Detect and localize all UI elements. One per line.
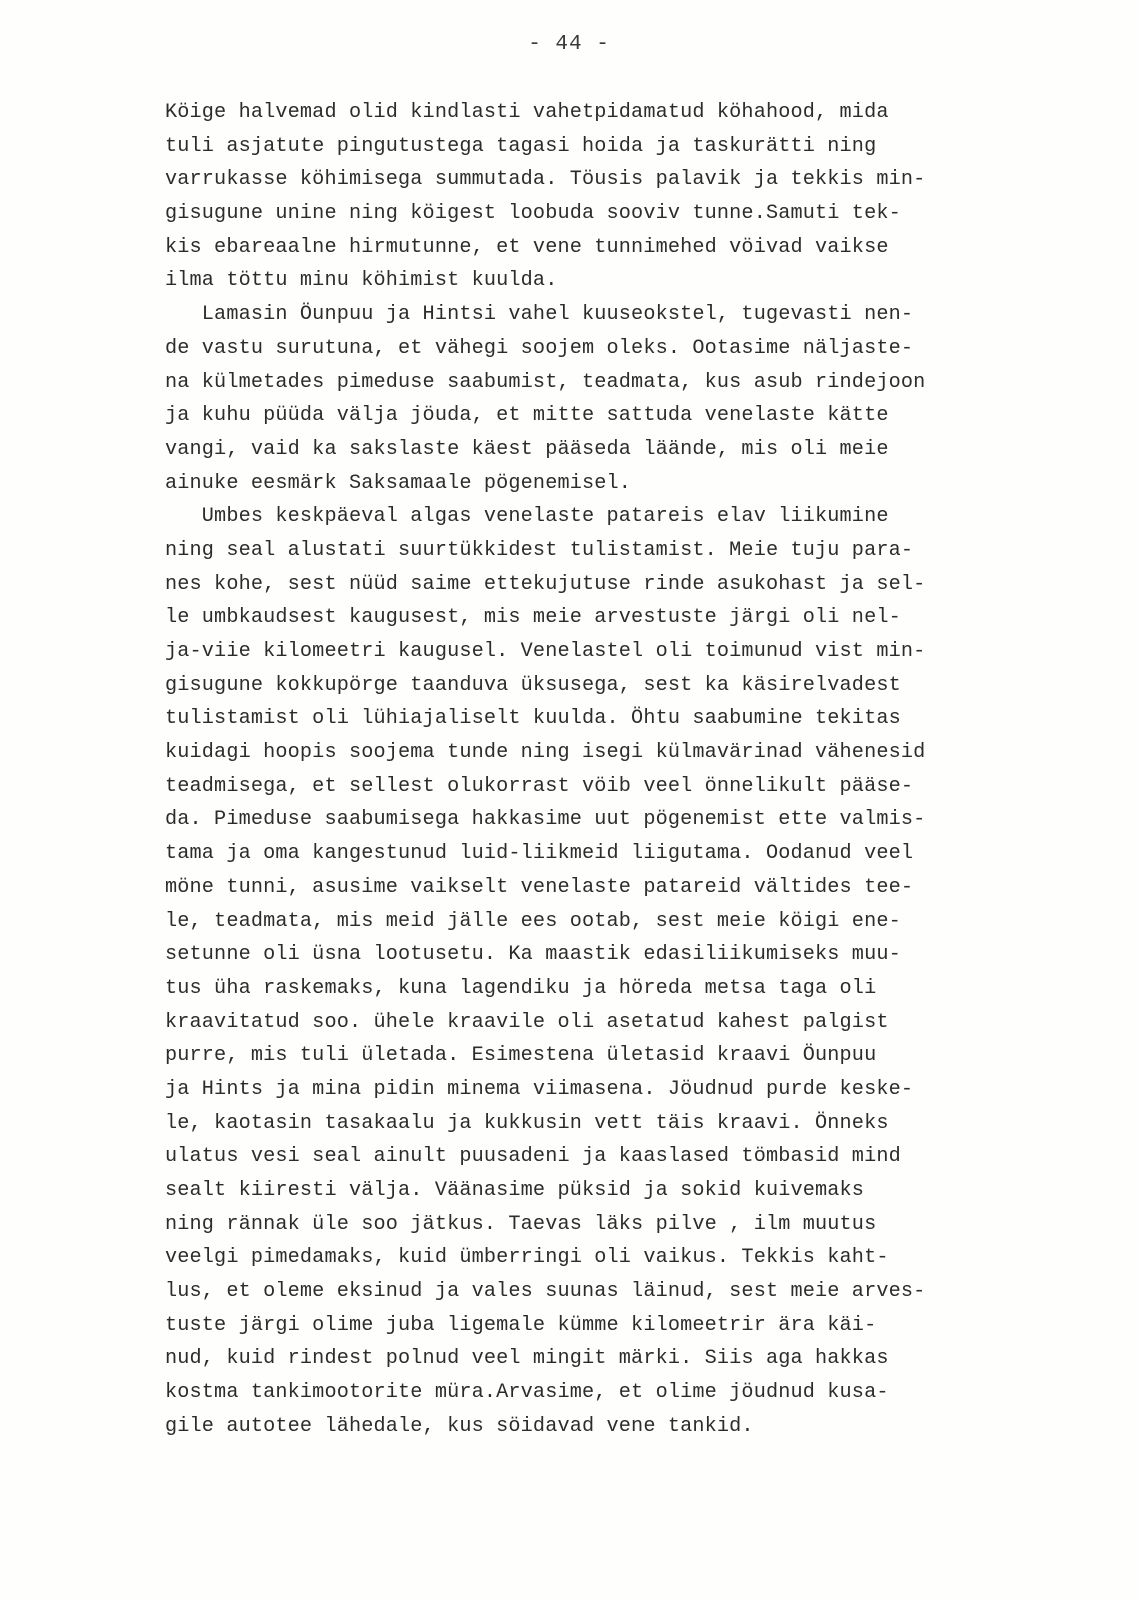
text-line: da. Pimeduse saabumisega hakkasime uut p… xyxy=(165,803,1045,837)
text-line: gile autotee lähedale, kus söidavad vene… xyxy=(165,1410,1045,1444)
text-line: Lamasin Öunpuu ja Hintsi vahel kuuseokst… xyxy=(165,298,1045,332)
text-line: ainuke eesmärk Saksamaale pögenemisel. xyxy=(165,467,1045,501)
text-line: le, teadmata, mis meid jälle ees ootab, … xyxy=(165,905,1045,939)
text-line: tuste järgi olime juba ligemale kümme ki… xyxy=(165,1309,1045,1343)
text-line: ja-viie kilomeetri kaugusel. Venelastel … xyxy=(165,635,1045,669)
text-line: ulatus vesi seal ainult puusadeni ja kaa… xyxy=(165,1140,1045,1174)
text-line: tama ja oma kangestunud luid-liikmeid li… xyxy=(165,837,1045,871)
text-line: Köige halvemad olid kindlasti vahetpidam… xyxy=(165,96,1045,130)
text-line: le, kaotasin tasakaalu ja kukkusin vett … xyxy=(165,1107,1045,1141)
text-line: sealt kiiresti välja. Väänasime püksid j… xyxy=(165,1174,1045,1208)
text-line: varrukasse köhimisega summutada. Töusis … xyxy=(165,163,1045,197)
text-line: ning rännak üle soo jätkus. Taevas läks … xyxy=(165,1208,1045,1242)
text-line: kis ebareaalne hirmutunne, et vene tunni… xyxy=(165,231,1045,265)
text-line: setunne oli üsna lootusetu. Ka maastik e… xyxy=(165,938,1045,972)
text-line: ja kuhu püüda välja jöuda, et mitte satt… xyxy=(165,399,1045,433)
text-line: kraavitatud soo. ühele kraavile oli aset… xyxy=(165,1006,1045,1040)
text-line: kostma tankimootorite müra.Arvasime, et … xyxy=(165,1376,1045,1410)
text-line: kuidagi hoopis soojema tunde ning isegi … xyxy=(165,736,1045,770)
text-line: ilma töttu minu köhimist kuulda. xyxy=(165,264,1045,298)
text-line: nes kohe, sest nüüd saime ettekujutuse r… xyxy=(165,568,1045,602)
text-line: lus, et oleme eksinud ja vales suunas lä… xyxy=(165,1275,1045,1309)
text-line: nud, kuid rindest polnud veel mingit mär… xyxy=(165,1342,1045,1376)
text-line: gisugune kokkupörge taanduva üksusega, s… xyxy=(165,669,1045,703)
text-line: Umbes keskpäeval algas venelaste patarei… xyxy=(165,500,1045,534)
text-line: gisugune unine ning köigest loobuda soov… xyxy=(165,197,1045,231)
text-line: ja Hints ja mina pidin minema viimasena.… xyxy=(165,1073,1045,1107)
text-line: tuli asjatute pingutustega tagasi hoida … xyxy=(165,130,1045,164)
text-line: de vastu surutuna, et vähegi soojem olek… xyxy=(165,332,1045,366)
text-line: möne tunni, asusime vaikselt venelaste p… xyxy=(165,871,1045,905)
text-line: tulistamist oli lühiajaliselt kuulda. Öh… xyxy=(165,702,1045,736)
page-number: - 44 - xyxy=(0,33,1138,56)
text-line: purre, mis tuli ületada. Esimestena ület… xyxy=(165,1039,1045,1073)
text-line: teadmisega, et sellest olukorrast vöib v… xyxy=(165,770,1045,804)
text-line: le umbkaudsest kaugusest, mis meie arves… xyxy=(165,601,1045,635)
body-text: Köige halvemad olid kindlasti vahetpidam… xyxy=(165,96,1045,1444)
text-line: na külmetades pimeduse saabumist, teadma… xyxy=(165,366,1045,400)
text-line: ning seal alustati suurtükkidest tulista… xyxy=(165,534,1045,568)
typewritten-page: - 44 - Köige halvemad olid kindlasti vah… xyxy=(0,0,1138,1600)
text-line: veelgi pimedamaks, kuid ümberringi oli v… xyxy=(165,1241,1045,1275)
text-line: vangi, vaid ka sakslaste käest pääseda l… xyxy=(165,433,1045,467)
text-line: tus üha raskemaks, kuna lagendiku ja hör… xyxy=(165,972,1045,1006)
